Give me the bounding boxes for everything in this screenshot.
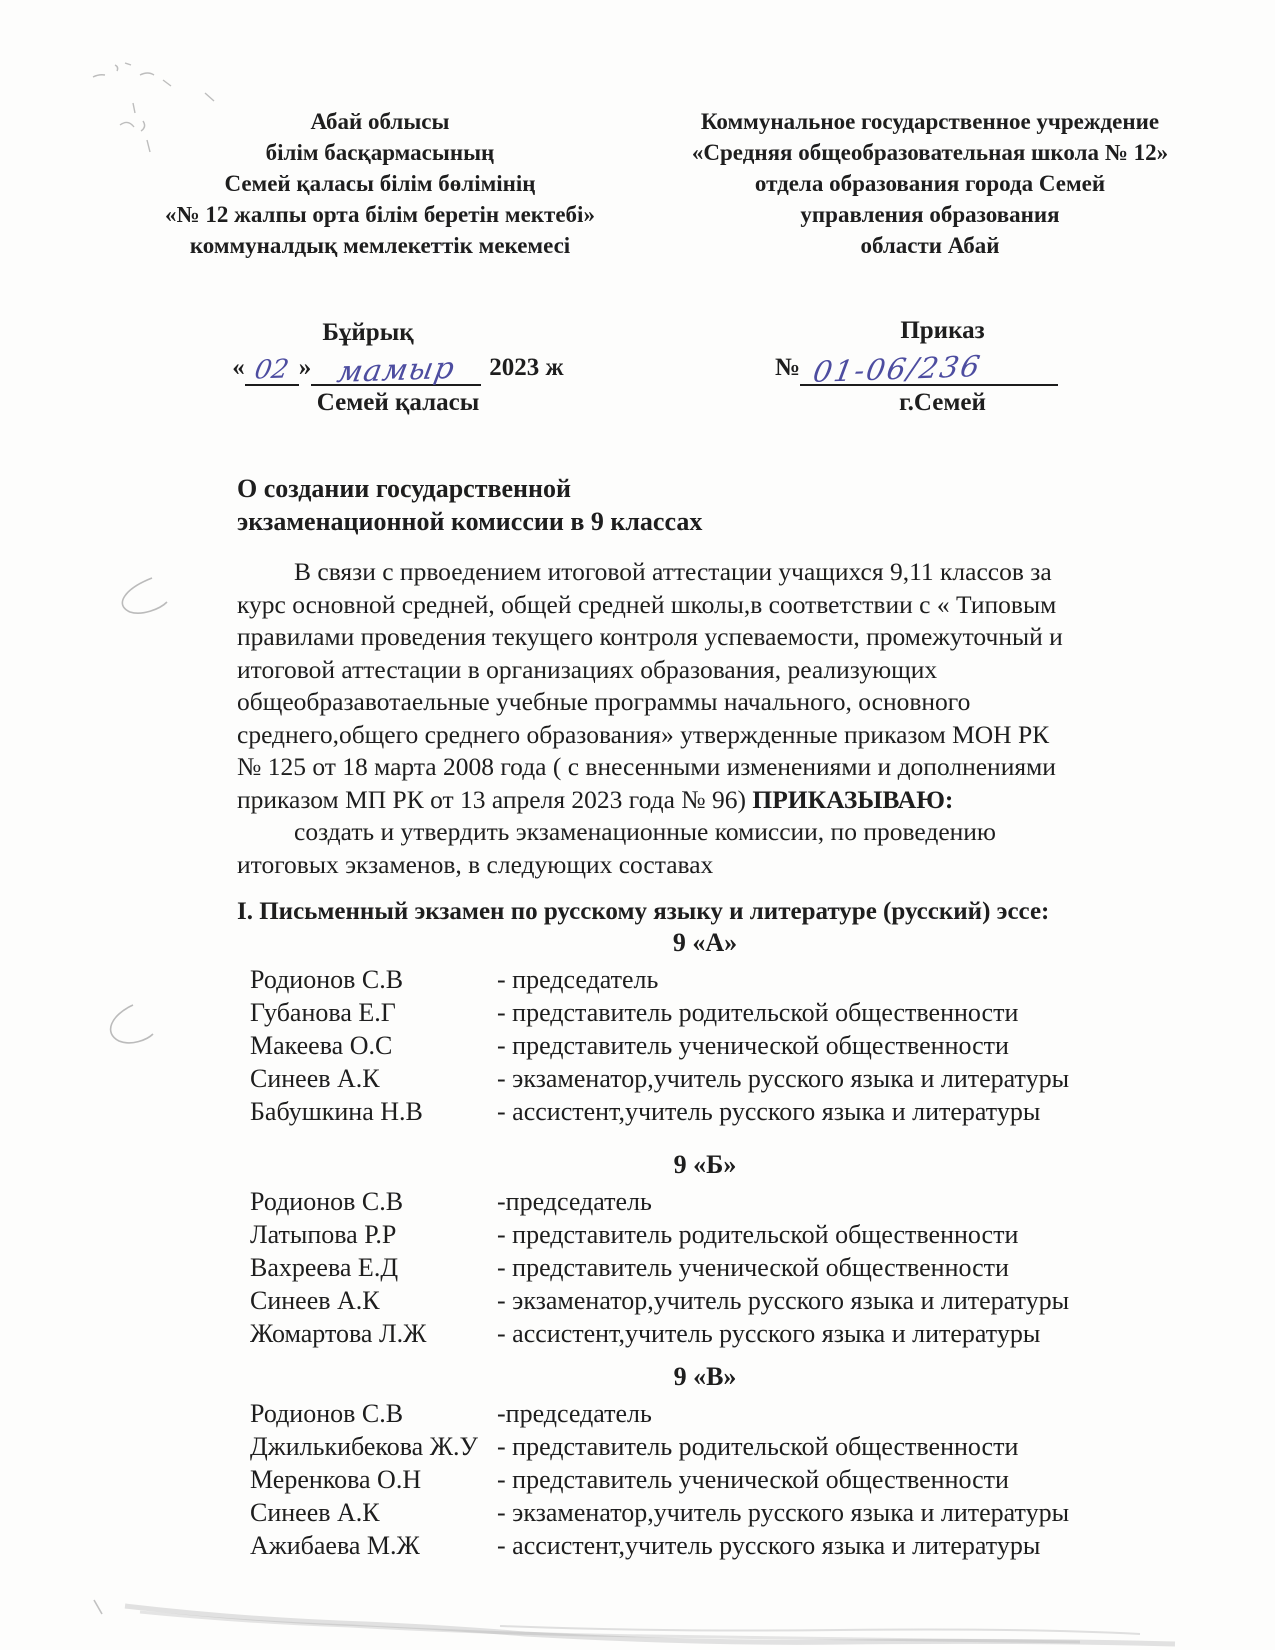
member-name: Жомартова Л.Ж — [250, 1317, 426, 1350]
order-city-ru: г.Семей — [775, 386, 1110, 419]
letterhead-line: коммуналдық мемлекеттік мекемесі — [140, 230, 620, 261]
class-label: 9 «В» — [235, 1360, 1175, 1393]
commission-section: 9 «Б» Родионов С.В-председатель Латыпова… — [235, 1148, 1175, 1350]
order-block-kazakh: Бұйрық «02»мамыр2023 ж Семей қаласы — [218, 316, 578, 419]
letterhead-line: управления образования — [650, 199, 1210, 230]
number-sign: № — [775, 354, 800, 381]
order-city-kk: Семей қаласы — [218, 386, 578, 419]
commission-member-row: Бабушкина Н.В- ассистент,учитель русског… — [235, 1095, 1175, 1128]
order-title-kk: Бұйрық — [188, 316, 548, 349]
paragraph-line: итоговых экзаменов, в следующих составах — [237, 849, 1157, 882]
paragraph-text: итоговых экзаменов, в следующих составах — [237, 850, 713, 879]
paragraph-text: приказом МП РК от 13 апреля 2023 года № … — [237, 785, 752, 814]
scan-smudge — [80, 1592, 1200, 1647]
letterhead-line: Коммунальное государственное учреждение — [650, 106, 1210, 137]
commission-member-row: Синеев А.К- экзаменатор,учитель русского… — [235, 1062, 1175, 1095]
commission-member-row: Родионов С.В-председатель — [235, 1185, 1175, 1218]
commission-member-row: Губанова Е.Г- представитель родительской… — [235, 996, 1175, 1029]
member-role: - представитель родительской общественно… — [497, 1218, 1018, 1251]
order-date-line: «02»мамыр2023 ж — [218, 349, 578, 386]
commission-member-row: Родионов С.В- председатель — [235, 963, 1175, 996]
letterhead-russian: Коммунальное государственное учреждение«… — [650, 106, 1210, 261]
commission-member-row: Жомартова Л.Ж- ассистент,учитель русског… — [235, 1317, 1175, 1350]
handwritten-day: 02 — [252, 353, 291, 387]
subject-line: экзаменационной комиссии в 9 классах — [237, 505, 702, 538]
margin-pen-mark — [103, 1003, 158, 1048]
member-role: -председатель — [497, 1397, 652, 1430]
handwritten-month: мамыр — [335, 352, 458, 389]
order-number-line: №01-06/236 — [775, 349, 1110, 386]
commission-member-row: Синеев А.К- экзаменатор,учитель русского… — [235, 1284, 1175, 1317]
paragraph-line: В связи с првоедением итоговой аттестаци… — [237, 556, 1157, 589]
member-name: Ажибаева М.Ж — [250, 1529, 420, 1562]
member-name: Родионов С.В — [250, 963, 403, 996]
paragraph-line: итоговой аттестации в организациях образ… — [237, 654, 1157, 687]
paragraph-text: итоговой аттестации в организациях образ… — [237, 655, 937, 684]
paragraph-line: создать и утвердить экзаменационные коми… — [237, 816, 1157, 849]
commission-member-list: Родионов С.В-председатель Латыпова Р.Р- … — [235, 1185, 1175, 1350]
document-page: Абай облысыбілім басқармасыныңСемей қала… — [0, 0, 1275, 1650]
body-paragraph: В связи с првоедением итоговой аттестаци… — [237, 556, 1157, 881]
margin-pen-mark — [110, 575, 170, 620]
commission-section: 9 «А» Родионов С.В- председатель Губанов… — [235, 926, 1175, 1128]
paragraph-bold-text: ПРИКАЗЫВАЮ: — [752, 785, 953, 814]
order-year: 2023 ж — [489, 354, 563, 381]
member-role: -председатель — [497, 1185, 652, 1218]
paragraph-line: приказом МП РК от 13 апреля 2023 года № … — [237, 784, 1157, 817]
member-name: Родионов С.В — [250, 1397, 403, 1430]
member-name: Губанова Е.Г — [250, 996, 396, 1029]
paragraph-line: курс основной средней, общей средней шко… — [237, 589, 1157, 622]
class-label: 9 «Б» — [235, 1148, 1175, 1181]
member-role: - ассистент,учитель русского языка и лит… — [497, 1529, 1040, 1562]
member-role: - представитель ученической общественнос… — [497, 1463, 1009, 1496]
paragraph-text: среднего,общего среднего образования» ут… — [237, 720, 1049, 749]
paragraph-text: В связи с првоедением итоговой аттестаци… — [294, 557, 1052, 586]
member-role: - ассистент,учитель русского языка и лит… — [497, 1317, 1040, 1350]
commission-member-list: Родионов С.В-председатель Джилькибекова … — [235, 1397, 1175, 1562]
commission-member-row: Синеев А.К- экзаменатор,учитель русского… — [235, 1496, 1175, 1529]
paragraph-line: правилами проведения текущего контроля у… — [237, 621, 1157, 654]
paragraph-line: № 125 от 18 марта 2008 года ( с внесенны… — [237, 751, 1157, 784]
open-quote: « — [232, 354, 245, 381]
order-title-ru: Приказ — [775, 314, 1110, 347]
paragraph-line: общеобразавотаельные учебные программы н… — [237, 686, 1157, 719]
letterhead-line: Семей қаласы білім бөлімінің — [140, 168, 620, 199]
member-name: Латыпова Р.Р — [250, 1218, 396, 1251]
commission-member-row: Вахреева Е.Д- представитель ученической … — [235, 1251, 1175, 1284]
member-role: - экзаменатор,учитель русского языка и л… — [497, 1062, 1069, 1095]
commission-member-row: Джилькибекова Ж.У- представитель родител… — [235, 1430, 1175, 1463]
commission-member-row: Латыпова Р.Р- представитель родительской… — [235, 1218, 1175, 1251]
member-role: - экзаменатор,учитель русского языка и л… — [497, 1284, 1069, 1317]
exam-section-heading: I. Письменный экзамен по русскому языку … — [237, 898, 1049, 926]
member-role: - ассистент,учитель русского языка и лит… — [497, 1095, 1040, 1128]
commission-section: 9 «В» Родионов С.В-председатель Джилькиб… — [235, 1360, 1175, 1562]
paragraph-text: создать и утвердить экзаменационные коми… — [294, 817, 996, 846]
member-name: Синеев А.К — [250, 1496, 380, 1529]
member-role: - представитель родительской общественно… — [497, 1430, 1018, 1463]
commission-member-row: Ажибаева М.Ж- ассистент,учитель русского… — [235, 1529, 1175, 1562]
paragraph-line: среднего,общего среднего образования» ут… — [237, 719, 1157, 752]
member-name: Макеева О.С — [250, 1029, 392, 1062]
member-role: - представитель ученической общественнос… — [497, 1029, 1009, 1062]
date-month-blank: мамыр — [311, 349, 481, 386]
paragraph-text: курс основной средней, общей средней шко… — [237, 590, 1056, 619]
member-name: Родионов С.В — [250, 1185, 403, 1218]
member-name: Меренкова О.Н — [250, 1463, 421, 1496]
member-role: - председатель — [497, 963, 658, 996]
letterhead-line: Абай облысы — [140, 106, 620, 137]
paragraph-text: № 125 от 18 марта 2008 года ( с внесенны… — [237, 752, 1056, 781]
letterhead-line: «Средняя общеобразовательная школа № 12» — [650, 137, 1210, 168]
paragraph-text: правилами проведения текущего контроля у… — [237, 622, 1063, 651]
class-label: 9 «А» — [235, 926, 1175, 959]
paragraph-text: общеобразавотаельные учебные программы н… — [237, 687, 970, 716]
letterhead-line: области Абай — [650, 230, 1210, 261]
letterhead-kazakh: Абай облысыбілім басқармасыныңСемей қала… — [140, 106, 620, 261]
member-name: Синеев А.К — [250, 1284, 380, 1317]
letterhead-line: отдела образования города Семей — [650, 168, 1210, 199]
letterhead-line: білім басқармасының — [140, 137, 620, 168]
member-name: Джилькибекова Ж.У — [250, 1430, 478, 1463]
commission-member-row: Макеева О.С- представитель ученической о… — [235, 1029, 1175, 1062]
order-block-russian: Приказ №01-06/236 г.Семей — [775, 314, 1110, 419]
member-name: Вахреева Е.Д — [250, 1251, 398, 1284]
subject-line: О создании государственной — [237, 472, 702, 505]
member-name: Бабушкина Н.В — [250, 1095, 423, 1128]
number-blank: 01-06/236 — [800, 349, 1058, 386]
handwritten-number: 01-06/236 — [811, 350, 985, 389]
member-name: Синеев А.К — [250, 1062, 380, 1095]
date-day-blank: 02 — [245, 351, 299, 386]
member-role: - экзаменатор,учитель русского языка и л… — [497, 1496, 1069, 1529]
commission-member-list: Родионов С.В- председатель Губанова Е.Г-… — [235, 963, 1175, 1128]
member-role: - представитель ученической общественнос… — [497, 1251, 1009, 1284]
letterhead-line: «№ 12 жалпы орта білім беретін мектебі» — [140, 199, 620, 230]
commission-member-row: Меренкова О.Н- представитель ученической… — [235, 1463, 1175, 1496]
member-role: - представитель родительской общественно… — [497, 996, 1018, 1029]
close-quote: » — [299, 354, 312, 381]
order-subject: О создании государственнойэкзаменационно… — [237, 472, 702, 538]
commission-sections: 9 «А» Родионов С.В- председатель Губанов… — [235, 926, 1175, 1562]
commission-member-row: Родионов С.В-председатель — [235, 1397, 1175, 1430]
